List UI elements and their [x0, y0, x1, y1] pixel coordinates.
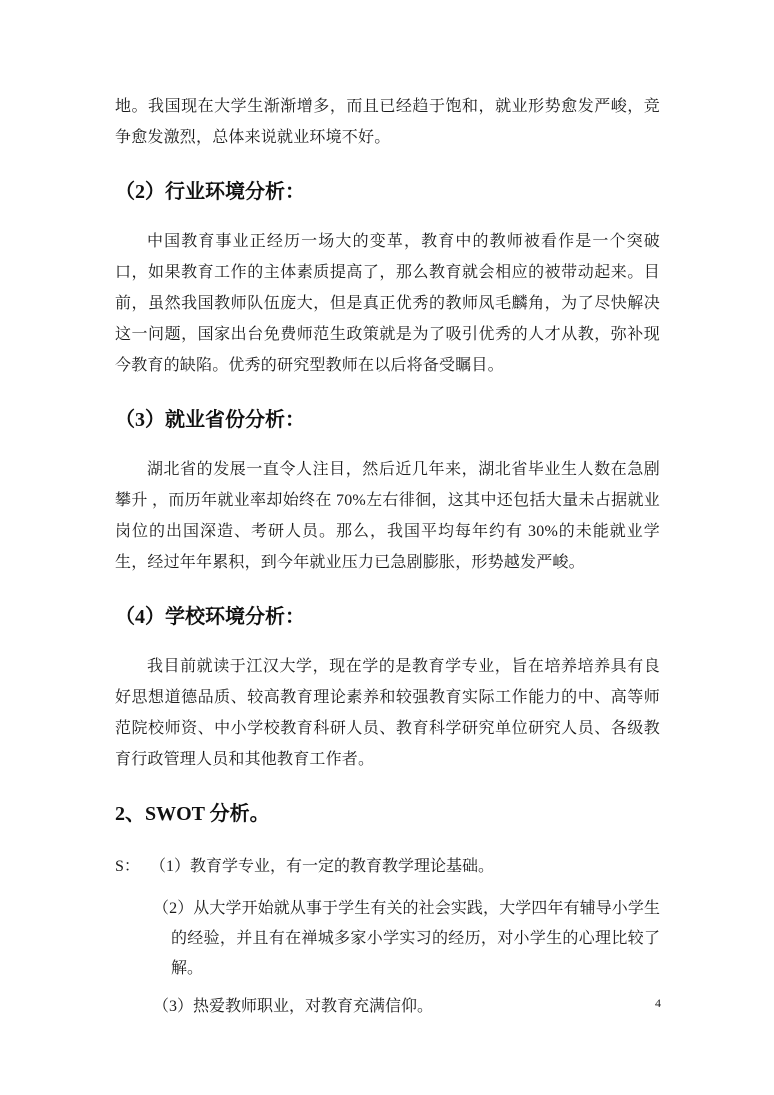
- section-heading-employment-province: （3）就业省份分析：: [115, 406, 660, 434]
- section-heading-school-environment: （4）学校环境分析：: [115, 603, 660, 631]
- section-heading-swot: 2、SWOT 分析。: [115, 800, 660, 828]
- swot-strength-item-1: （1）教育学专业，有一定的教育教学理论基础。: [150, 852, 494, 882]
- paragraph-school-environment: 我目前就读于江汉大学，现在学的是教育学专业，旨在培养培养具有良好思想道德品质、较…: [115, 651, 660, 775]
- swot-strengths-row: S： （1）教育学专业，有一定的教育教学理论基础。: [115, 852, 660, 882]
- document-page: 地。我国现在大学生渐渐增多，而且已经趋于饱和，就业形势愈发严峻，竞争愈发激烈，总…: [0, 0, 774, 1095]
- swot-strengths-label: S：: [115, 852, 150, 882]
- swot-strength-item-3: （3）热爱教师职业，对教育充满信仰。: [153, 992, 660, 1022]
- swot-strength-item-2: （2）从大学开始就从事于学生有关的社会实践，大学四年有辅导小学生的经验，并且有在…: [153, 894, 660, 984]
- section-heading-industry-environment: （2）行业环境分析：: [115, 178, 660, 206]
- paragraph-continuation: 地。我国现在大学生渐渐增多，而且已经趋于饱和，就业形势愈发严峻，竞争愈发激烈，总…: [115, 91, 660, 153]
- paragraph-industry-environment: 中国教育事业正经历一场大的变革，教育中的教师被看作是一个突破口，如果教育工作的主…: [115, 226, 660, 381]
- page-number: 4: [655, 996, 661, 1010]
- paragraph-employment-province: 湖北省的发展一直令人注目，然后近几年来，湖北省毕业生人数在急剧攀升 ，而历年就业…: [115, 454, 660, 578]
